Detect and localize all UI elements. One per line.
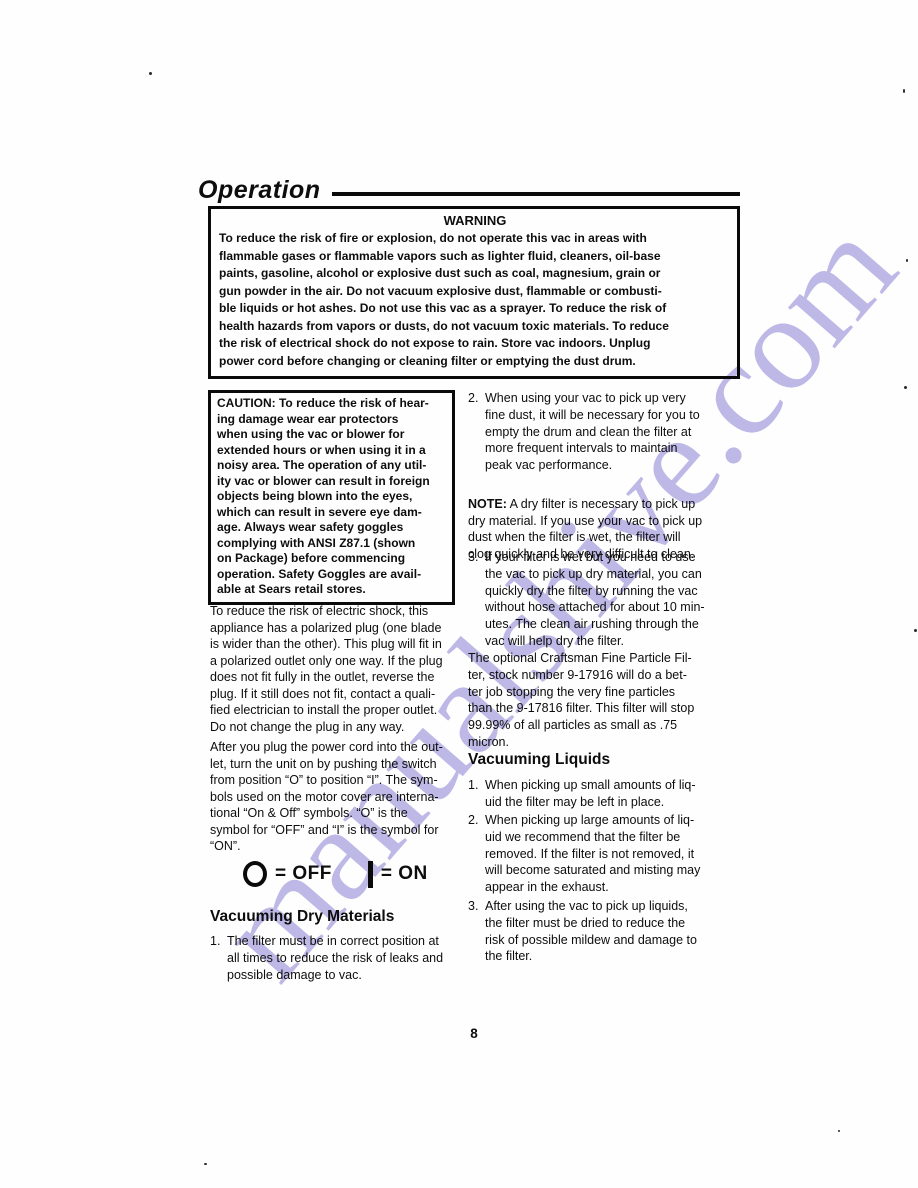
item-number: 3. — [468, 898, 485, 965]
warning-box: WARNING To reduce the risk of fire or ex… — [208, 206, 740, 379]
on-label: = ON — [381, 863, 428, 885]
item-text: When picking up small amounts of liq- ui… — [485, 777, 740, 811]
scan-speck — [903, 89, 905, 93]
off-circle-icon — [243, 861, 267, 887]
on-off-symbol-legend: = OFF = ON — [243, 858, 428, 890]
scan-speck — [838, 1130, 840, 1132]
heading-vacuuming-liquids: Vacuuming Liquids — [468, 751, 610, 769]
page-number: 8 — [208, 1026, 740, 1041]
para-electric-shock: To reduce the risk of electric shock, th… — [210, 603, 468, 735]
title-rule — [332, 192, 740, 196]
warning-title: WARNING — [219, 212, 731, 230]
scan-speck — [904, 386, 907, 389]
item-number: 1. — [210, 933, 227, 983]
item-text: If your filter is wet but you need to us… — [485, 549, 740, 650]
off-label: = OFF — [275, 863, 332, 885]
scan-speck — [204, 1163, 207, 1165]
scan-speck — [149, 72, 152, 75]
scan-speck — [906, 259, 908, 262]
list-item: 2. When picking up large amounts of liq-… — [468, 812, 740, 896]
manual-page: Operation WARNING To reduce the risk of … — [0, 0, 918, 1188]
item-text: The filter must be in correct position a… — [227, 933, 472, 983]
item-text: When using your vac to pick up very fine… — [485, 390, 740, 474]
warning-body: To reduce the risk of fire or explosion,… — [219, 230, 731, 370]
page-title: Operation — [198, 176, 321, 205]
item-number: 1. — [468, 777, 485, 811]
list-item: 3. After using the vac to pick up liquid… — [468, 898, 740, 965]
scan-speck — [914, 629, 917, 632]
list-item: 1. The filter must be in correct positio… — [210, 933, 472, 983]
caution-body: CAUTION: To reduce the risk of hear- ing… — [217, 396, 448, 598]
caution-box: CAUTION: To reduce the risk of hear- ing… — [208, 390, 455, 605]
note-label: NOTE: — [468, 497, 507, 511]
list-item: 1. When picking up small amounts of liq-… — [468, 777, 740, 811]
item-number: 2. — [468, 390, 485, 474]
item-text: After using the vac to pick up liquids, … — [485, 898, 740, 965]
heading-vacuuming-dry-materials: Vacuuming Dry Materials — [210, 908, 394, 926]
para-optional-filter: The optional Craftsman Fine Particle Fil… — [468, 650, 742, 751]
para-power-cord: After you plug the power cord into the o… — [210, 739, 468, 855]
list-item: 3. If your filter is wet but you need to… — [468, 549, 740, 650]
list-item: 2. When using your vac to pick up very f… — [468, 390, 740, 474]
on-bar-icon — [368, 861, 373, 888]
item-number: 2. — [468, 812, 485, 896]
item-number: 3. — [468, 549, 485, 650]
item-text: When picking up large amounts of liq- ui… — [485, 812, 740, 896]
